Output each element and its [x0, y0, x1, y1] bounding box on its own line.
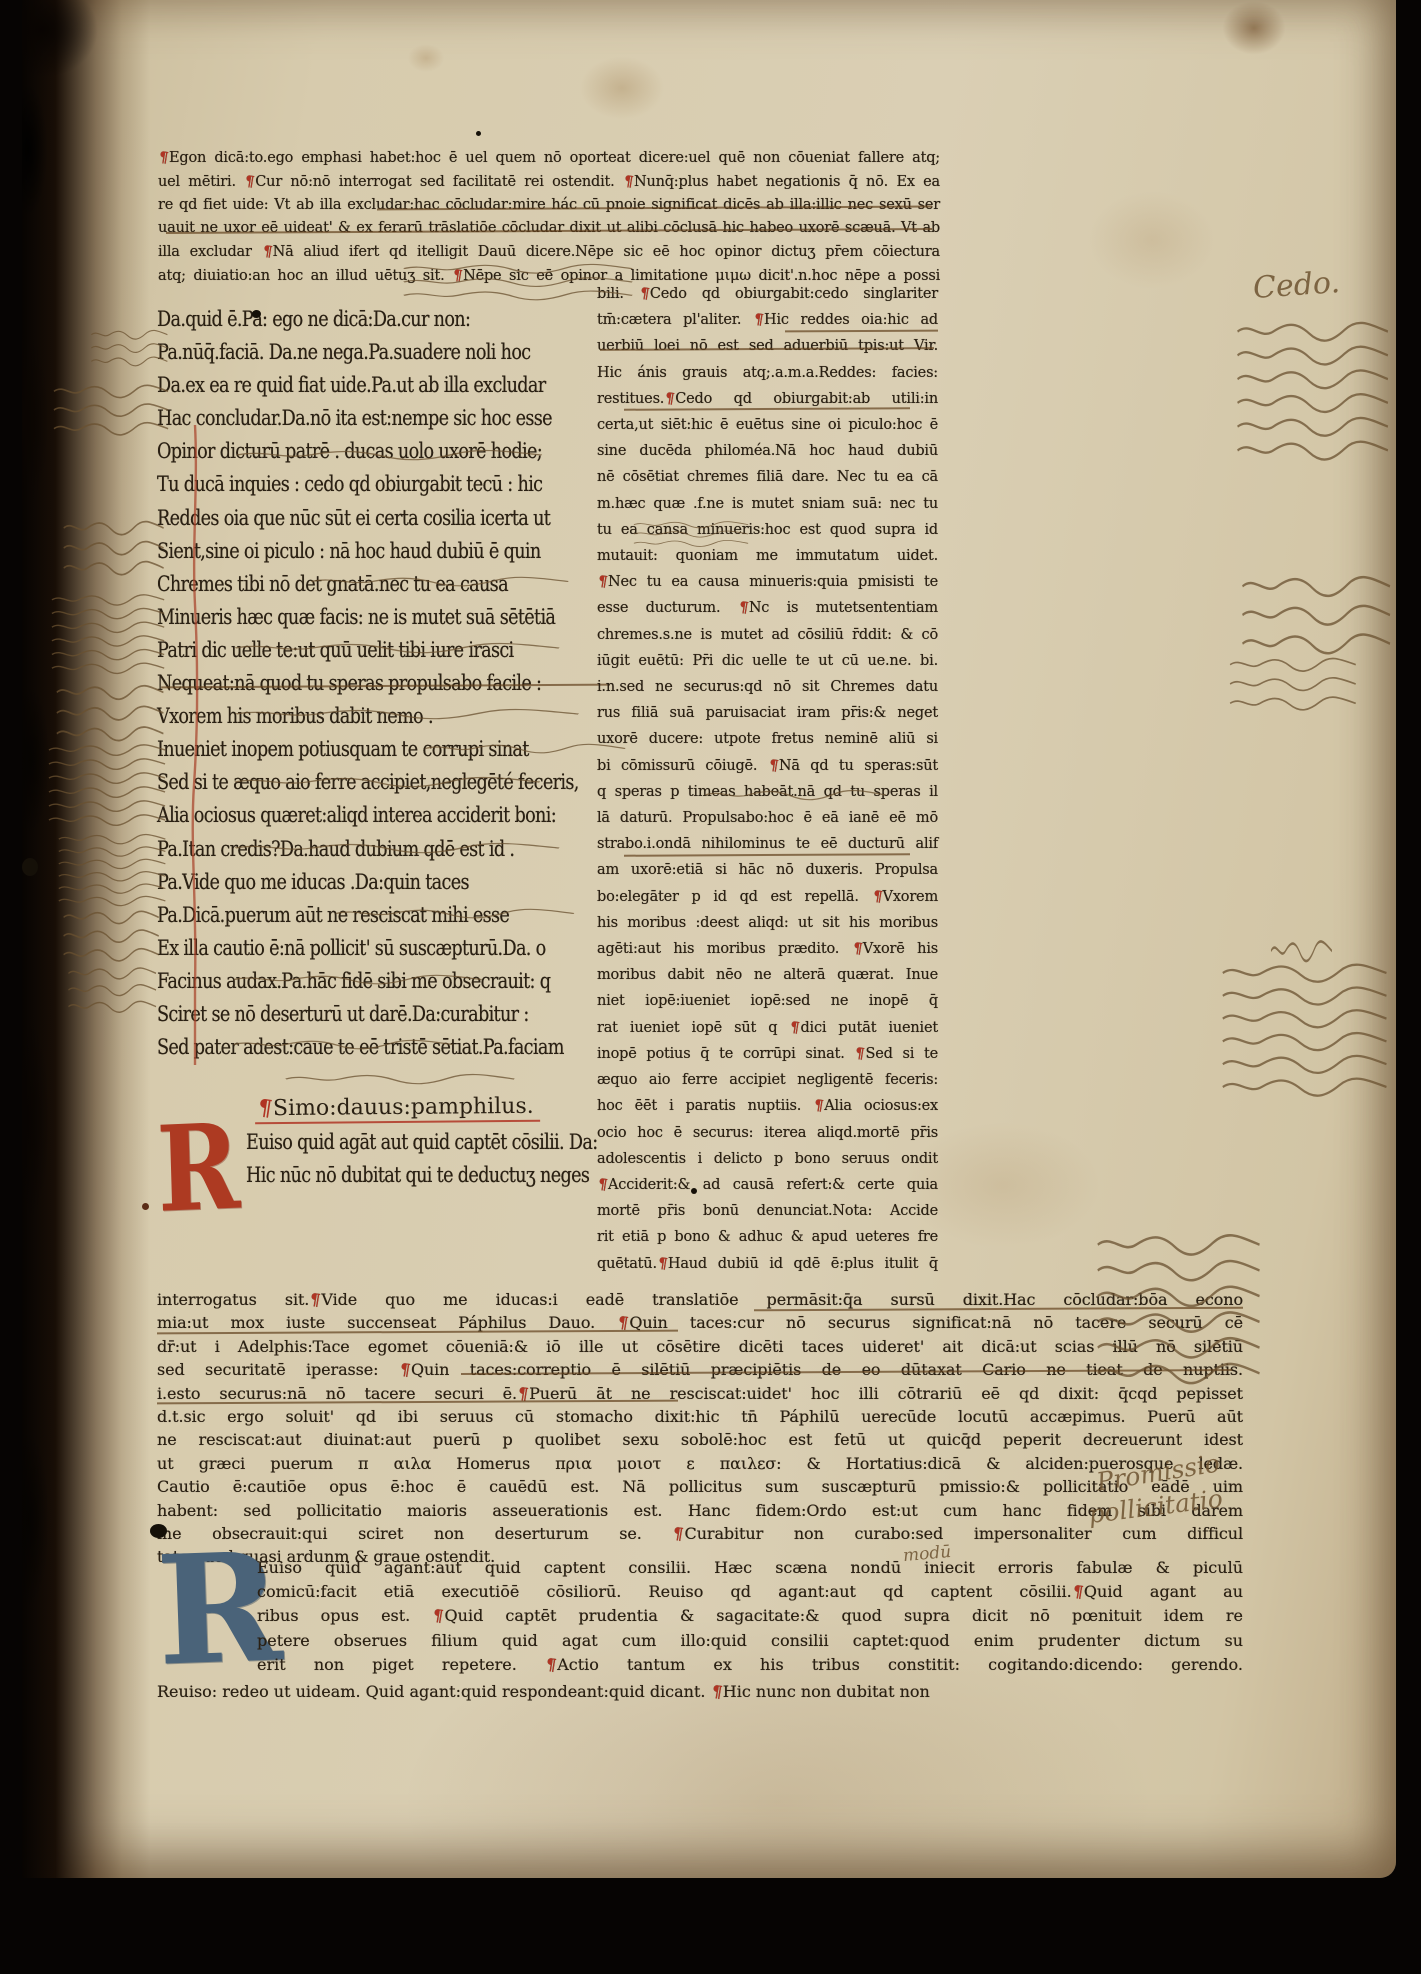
- pilcrow-rubric-icon: ¶: [261, 239, 274, 263]
- pilcrow-rubric-icon: ¶: [157, 145, 170, 169]
- interlinear-scribble: [230, 707, 590, 721]
- pilcrow-rubric-icon: ¶: [516, 1381, 530, 1406]
- pilcrow-rubric-icon: ¶: [256, 1094, 274, 1122]
- pilcrow-rubric-icon: ¶: [622, 169, 635, 193]
- interlinear-scribble: [632, 520, 752, 548]
- ink-spot: [476, 131, 481, 136]
- marginalia-scribble: [55, 682, 167, 744]
- marginalia-scribble: [57, 832, 169, 908]
- marginalia-cedo: Cedo.: [1252, 265, 1341, 306]
- pilcrow-rubric-icon: ¶: [871, 883, 884, 910]
- pilcrow-rubric-icon: ¶: [398, 1358, 412, 1383]
- interlinear-scribble: [230, 973, 490, 986]
- interlinear-scribble: [282, 1072, 522, 1086]
- interlinear-scribble: [230, 841, 570, 855]
- pilcrow-rubric-icon: ¶: [1071, 1580, 1085, 1605]
- pilcrow-rubric-icon: ¶: [544, 1652, 558, 1677]
- interlinear-scribble: [307, 575, 577, 588]
- pilcrow-rubric-icon: ¶: [853, 1040, 866, 1067]
- interlinear-scribble: [702, 788, 892, 802]
- ink-spot: [142, 1203, 149, 1210]
- pilcrow-rubric-icon: ¶: [309, 1287, 323, 1312]
- marginalia-modu: modū: [902, 1542, 952, 1566]
- pilcrow-rubric-icon: ¶: [244, 169, 257, 193]
- interlinear-scribble: [332, 907, 582, 920]
- bottom-commentary-block: interrogatus sit.¶Vide quo me iducas:i e…: [157, 1288, 1243, 1569]
- pilcrow-rubric-icon: ¶: [752, 307, 765, 334]
- marginalia-scribble: [50, 592, 168, 676]
- interlinear-scribble: [400, 262, 640, 302]
- pilcrow-rubric-icon: ¶: [710, 1679, 724, 1704]
- marginalia-scribble: [1235, 318, 1393, 464]
- marginalia-scribble: [67, 965, 159, 1015]
- pilcrow-rubric-icon: ¶: [432, 1604, 446, 1629]
- marginalia-scribble: [1228, 655, 1360, 713]
- pilcrow-rubric-icon: ¶: [656, 1250, 669, 1277]
- pilcrow-rubric-icon: ¶: [851, 936, 864, 963]
- ink-spot: [22, 858, 38, 876]
- pilcrow-rubric-icon: ¶: [616, 1311, 630, 1336]
- left-initial-paragraph: R Euiso quid agāt aut quid captēt cōsili…: [157, 1126, 615, 1202]
- interlinear-scribble: [422, 742, 632, 755]
- ink-spot: [691, 1188, 697, 1194]
- photo-background: ¶Egon dicā:to.ego emphasi habet:hoc ē ue…: [0, 0, 1421, 1974]
- marginalia-scribble: [52, 382, 172, 438]
- book-page: ¶Egon dicā:to.ego emphasi habet:hoc ē ue…: [22, 0, 1396, 1878]
- scene-heading: ¶Simo:dauus:pamphilus.: [255, 1093, 540, 1124]
- interlinear-scribble: [232, 448, 552, 462]
- play-text-column: Da.quid ē.Pa: ego ne dicā:Da.cur non:Pa.…: [157, 303, 615, 1064]
- bottom-initial-paragraph: R Euiso quid agant:aut quid captent cons…: [157, 1556, 1243, 1704]
- marginalia-scribble: [62, 908, 162, 964]
- commentary-column: bili. ¶Cedo qd obiurgabit:cedo singlarit…: [597, 281, 938, 1277]
- interlinear-scribble: [230, 641, 570, 655]
- ink-spot: [252, 310, 261, 318]
- ink-spot: [150, 1524, 167, 1538]
- marginalia-scribble: [90, 328, 170, 368]
- marginalia-scribble: [1095, 1230, 1265, 1388]
- interlinear-scribble: [230, 1038, 460, 1051]
- pilcrow-rubric-icon: ¶: [788, 1014, 801, 1041]
- pilcrow-rubric-icon: ¶: [767, 752, 780, 779]
- pilcrow-rubric-icon: ¶: [663, 385, 676, 412]
- pilcrow-rubric-icon: ¶: [737, 595, 750, 622]
- pilcrow-rubric-icon: ¶: [672, 1521, 686, 1546]
- marginalia-scribble: [1220, 960, 1392, 1100]
- marginalia-scribble: [1240, 572, 1395, 658]
- marginalia-scribble: [47, 742, 169, 828]
- pilcrow-rubric-icon: ¶: [812, 1093, 825, 1120]
- red-vertical-stroke: [190, 425, 200, 1065]
- marginalia-scribble: [62, 518, 167, 578]
- pilcrow-rubric-icon: ¶: [596, 569, 609, 596]
- interlinear-scribble: [230, 775, 550, 789]
